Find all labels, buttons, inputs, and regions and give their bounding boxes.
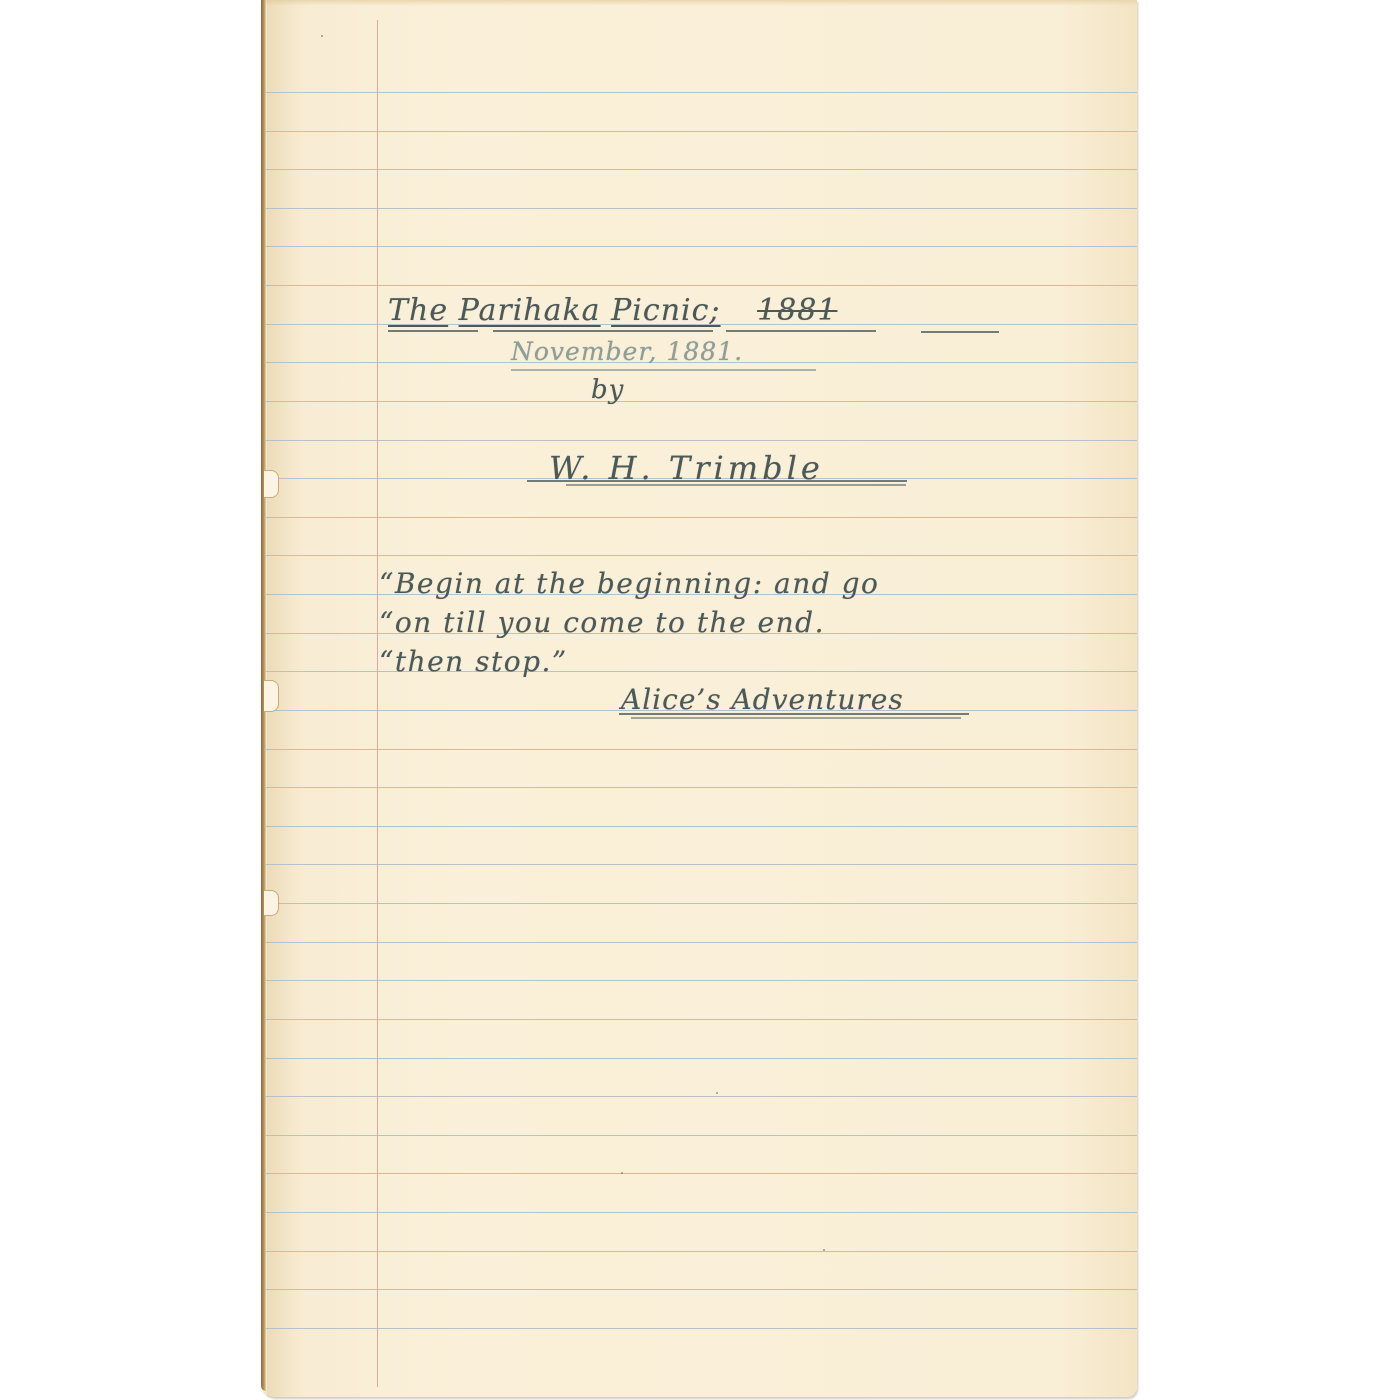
title-underline xyxy=(921,331,999,333)
title-word: The xyxy=(388,293,448,328)
ruled-line xyxy=(261,1289,1137,1290)
title-word: Parihaka xyxy=(459,293,601,328)
ruled-line xyxy=(261,1251,1137,1252)
title-underline xyxy=(726,330,876,332)
attribution-underline xyxy=(631,717,961,719)
attribution-underline xyxy=(619,713,969,715)
title-underline xyxy=(493,330,713,332)
ruled-line xyxy=(261,980,1137,981)
ruled-line xyxy=(261,1135,1137,1136)
epigraph-attribution: Alice’s Adventures xyxy=(621,686,904,714)
ruled-line xyxy=(261,517,1137,518)
ruled-line xyxy=(261,1212,1137,1213)
paper-speck xyxy=(621,1172,623,1174)
ruled-line xyxy=(261,787,1137,788)
ruled-line xyxy=(261,864,1137,865)
date-underline xyxy=(511,369,816,371)
ruled-line xyxy=(261,1096,1137,1097)
struck-year: 1881 xyxy=(757,293,837,328)
ruled-line xyxy=(261,208,1137,209)
paper-speck xyxy=(716,1092,718,1094)
margin-line xyxy=(377,20,378,1387)
author-underline xyxy=(566,484,906,486)
epigraph-line: “then stop.” xyxy=(379,648,568,676)
paper-speck xyxy=(823,1249,825,1251)
ruled-line xyxy=(261,440,1137,441)
date-line: November, 1881. xyxy=(511,339,743,364)
ruled-line xyxy=(261,1328,1137,1329)
by-line: by xyxy=(591,377,624,403)
ruled-line xyxy=(261,749,1137,750)
page-top-edge xyxy=(261,0,1137,6)
edge-tear xyxy=(264,680,279,712)
title-word: Picnic; xyxy=(611,293,720,328)
ruled-line xyxy=(261,1173,1137,1174)
ruled-line xyxy=(261,826,1137,827)
ruled-line xyxy=(261,401,1137,402)
epigraph-line: “on till you come to the end. xyxy=(379,609,825,637)
author-underline xyxy=(527,480,907,482)
ruled-line xyxy=(261,1019,1137,1020)
ruled-line xyxy=(261,903,1137,904)
title: The Parihaka Picnic; 1881 xyxy=(388,296,837,326)
ruled-line xyxy=(261,92,1137,93)
edge-tear xyxy=(264,890,279,916)
ruled-line xyxy=(261,131,1137,132)
ruled-line xyxy=(261,285,1137,286)
ruled-line xyxy=(261,555,1137,556)
ruled-line xyxy=(261,169,1137,170)
notebook-page: The Parihaka Picnic; 1881 November, 1881… xyxy=(261,0,1137,1397)
ruled-line xyxy=(261,1058,1137,1059)
edge-tear xyxy=(264,470,279,498)
ruled-line xyxy=(261,246,1137,247)
title-underline xyxy=(388,330,478,332)
paper-speck xyxy=(321,35,323,37)
ruled-line xyxy=(261,942,1137,943)
epigraph-line: “Begin at the beginning: and go xyxy=(379,570,879,598)
